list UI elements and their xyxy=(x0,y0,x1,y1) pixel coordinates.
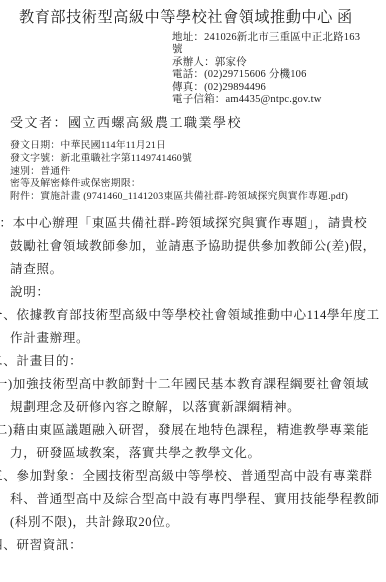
official-letter-page: 教育部技術型高級中等學校社會領域推動中心 函 地址：241026新北市三重區中正… xyxy=(0,0,386,582)
recipient-line: 受文者：國立西螺高級農工職業學校 xyxy=(10,112,242,131)
sender-phone: 電話：(02)29715606 分機106 xyxy=(172,69,368,81)
sender-address: 地址：241026新北市三重區中正北路163號 xyxy=(172,32,368,57)
speed-class-line: 速別：普通件 xyxy=(10,166,382,179)
doc-number-line: 發文字號：新北重職社字第1149741460號 xyxy=(10,153,382,166)
sender-email: 電子信箱：am4435@ntpc.gov.tw xyxy=(172,94,368,106)
security-class-line: 密等及解密條件或保密期限： xyxy=(10,178,382,191)
subject-paragraph: 主旨：本中心辦理「東區共備社群-跨領域探究與實作專題」，請貴校鼓勵社會領域教師參… xyxy=(10,212,380,281)
explanation-item-2-2: (二)藉由東區議題融入研習，發展在地特色課程，精進教學專業能力，研發區域教案，落… xyxy=(10,419,380,465)
sender-info-block: 地址：241026新北市三重區中正北路163號 承辦人：郭家伶 電話：(02)2… xyxy=(172,32,368,106)
sender-contact-person: 承辦人：郭家伶 xyxy=(172,57,368,69)
letter-body: 主旨：本中心辦理「東區共備社群-跨領域探究與實作專題」，請貴校鼓勵社會領域教師參… xyxy=(10,212,380,557)
explanation-item-1: 一、依據教育部技術型高級中等學校社會領域推動中心114學年度工作計畫辦理。 xyxy=(10,304,380,350)
explanation-label: 說明： xyxy=(10,281,380,304)
explanation-item-2: 二、計畫目的： xyxy=(10,350,380,373)
document-title: 教育部技術型高級中等學校社會領域推動中心 函 xyxy=(19,6,353,27)
explanation-item-4: 四、研習資訊： xyxy=(10,534,380,557)
attachment-line: 附件：實施計畫 (9741460_1141203東區共備社群-跨領域探究與實作專… xyxy=(10,191,382,204)
explanation-item-3: 三、參加對象：全國技術型高級中等學校、普通型高中設有專業群科、普通型高中及綜合型… xyxy=(10,465,380,534)
doc-meta-block: 發文日期：中華民國114年11月21日 發文字號：新北重職社字第11497414… xyxy=(10,140,382,204)
sender-fax: 傳真：(02)29894496 xyxy=(172,82,368,94)
issue-date-line: 發文日期：中華民國114年11月21日 xyxy=(10,140,382,153)
explanation-item-2-1: (一)加強技術型高中教師對十二年國民基本教育課程綱要社會領域規劃理念及研修內容之… xyxy=(10,373,380,419)
